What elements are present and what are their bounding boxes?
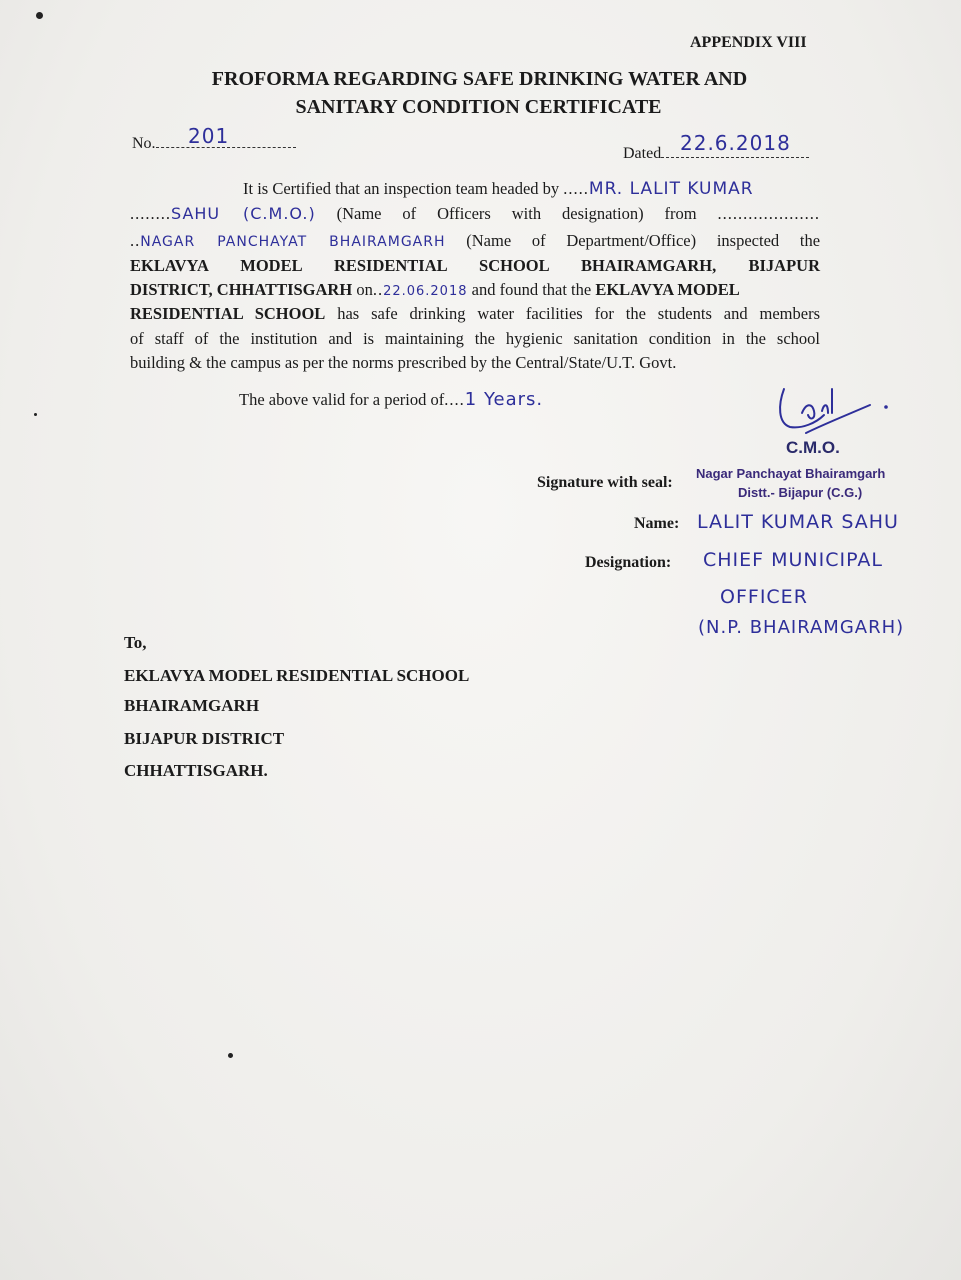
body-line-2: ........SAHU (C.M.O.) (Name of Officers … <box>130 204 820 224</box>
body-text: (Name of Department/Office) inspected th… <box>466 231 820 250</box>
paper-speck <box>34 413 37 416</box>
body-text: and found that the <box>472 280 592 299</box>
body-text-bold: EKLAVYA MODEL <box>595 280 739 299</box>
inspector-name-hand: MR. LALIT KUMAR <box>589 179 754 199</box>
designation-value-line2: OFFICER <box>720 586 808 608</box>
body-text: has safe drinking water facilities for t… <box>337 304 820 323</box>
body-text-bold: RESIDENTIAL SCHOOL <box>130 304 325 323</box>
body-line-5: DISTRICT, CHHATTISGARH on..22.06.2018 an… <box>130 280 820 300</box>
number-label: No. <box>132 135 156 152</box>
certificate-number-value: 201 <box>188 124 229 148</box>
body-line-7: of staff of the institution and is maint… <box>130 329 820 349</box>
designation-label: Designation: <box>585 554 671 572</box>
body-text: (Name of Officers with designation) from <box>337 204 697 223</box>
designation-value-line1: CHIEF MUNICIPAL <box>703 549 883 571</box>
validity-label: The above valid for a period of <box>239 390 444 409</box>
body-text-bold: DISTRICT, CHHATTISGARH <box>130 280 352 299</box>
validity-value-hand: 1 Years. <box>465 389 543 410</box>
seal-line-2: Distt.- Bijapur (C.G.) <box>738 485 862 500</box>
body-line-3: ..NAGAR PANCHAYAT BHAIRAMGARH (Name of D… <box>130 231 820 251</box>
designation-value-line3: (N.P. BHAIRAMGARH) <box>698 617 904 638</box>
inspection-date-hand: 22.06.2018 <box>383 284 467 299</box>
paper-speck <box>228 1053 233 1058</box>
addressee-to: To, <box>124 633 147 653</box>
document-title-line2: SANITARY CONDITION CERTIFICATE <box>0 96 959 119</box>
addressee-line-4: CHHATTISGARH. <box>124 761 268 781</box>
body-text: on <box>356 280 373 299</box>
department-hand: NAGAR PANCHAYAT BHAIRAMGARH <box>140 234 445 250</box>
body-line-4: EKLAVYA MODEL RESIDENTIAL SCHOOL BHAIRAM… <box>130 256 820 276</box>
date-label: Dated <box>623 145 661 162</box>
document-title-line1: FROFORMA REGARDING SAFE DRINKING WATER A… <box>0 68 960 91</box>
body-line-8: building & the campus as per the norms p… <box>130 353 676 373</box>
body-text: It is Certified that an inspection team … <box>243 179 559 198</box>
addressee-line-2: BHAIRAMGARH <box>124 696 259 716</box>
body-line-1: It is Certified that an inspection team … <box>243 179 754 199</box>
paper-speck <box>36 12 43 19</box>
certificate-page: APPENDIX VIII FROFORMA REGARDING SAFE DR… <box>0 0 961 1280</box>
appendix-label: APPENDIX VIII <box>690 34 807 52</box>
signature-label: Signature with seal: <box>537 474 673 492</box>
name-label: Name: <box>634 515 679 533</box>
name-value-hand: LALIT KUMAR SAHU <box>697 511 899 533</box>
addressee-line-3: BIJAPUR DISTRICT <box>124 729 284 749</box>
seal-line-1: Nagar Panchayat Bhairamgarh <box>696 466 885 481</box>
signature-scribble-icon <box>772 385 892 445</box>
addressee-line-1: EKLAVYA MODEL RESIDENTIAL SCHOOL <box>124 666 469 686</box>
seal-title: C.M.O. <box>786 438 840 458</box>
body-line-6: RESIDENTIAL SCHOOL has safe drinking wat… <box>130 304 820 324</box>
validity-line: The above valid for a period of....1 Yea… <box>239 389 543 410</box>
inspector-surname-hand: SAHU (C.M.O.) <box>171 204 316 223</box>
date-value: 22.6.2018 <box>680 131 791 155</box>
